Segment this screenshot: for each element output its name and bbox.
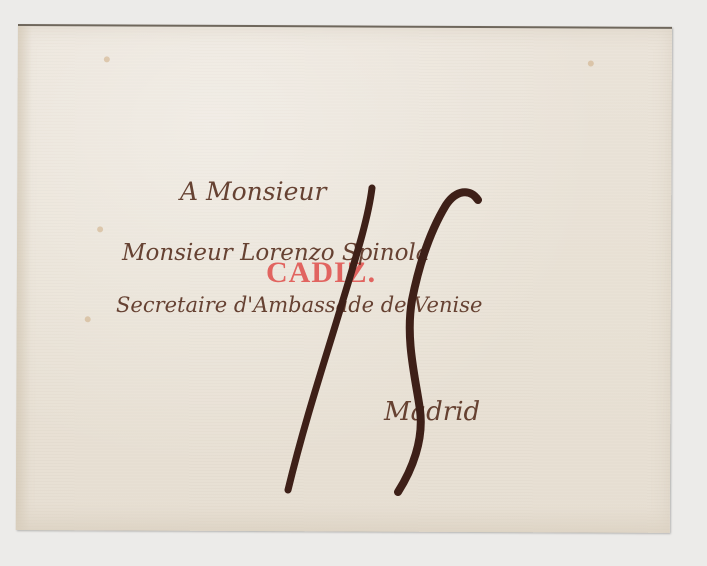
postal-charge-mark [288, 188, 478, 492]
address-line-2: Monsieur Lorenzo Spinola [121, 240, 429, 266]
address-line-4-city: Madrid [383, 397, 480, 427]
ink-layer: CADIZ. A Monsieur Monsieur Lorenzo Spino… [0, 0, 707, 566]
address-line-1: A Monsieur [178, 177, 328, 206]
address-line-3: Secretaire d'Ambassade de Venise [116, 293, 482, 317]
